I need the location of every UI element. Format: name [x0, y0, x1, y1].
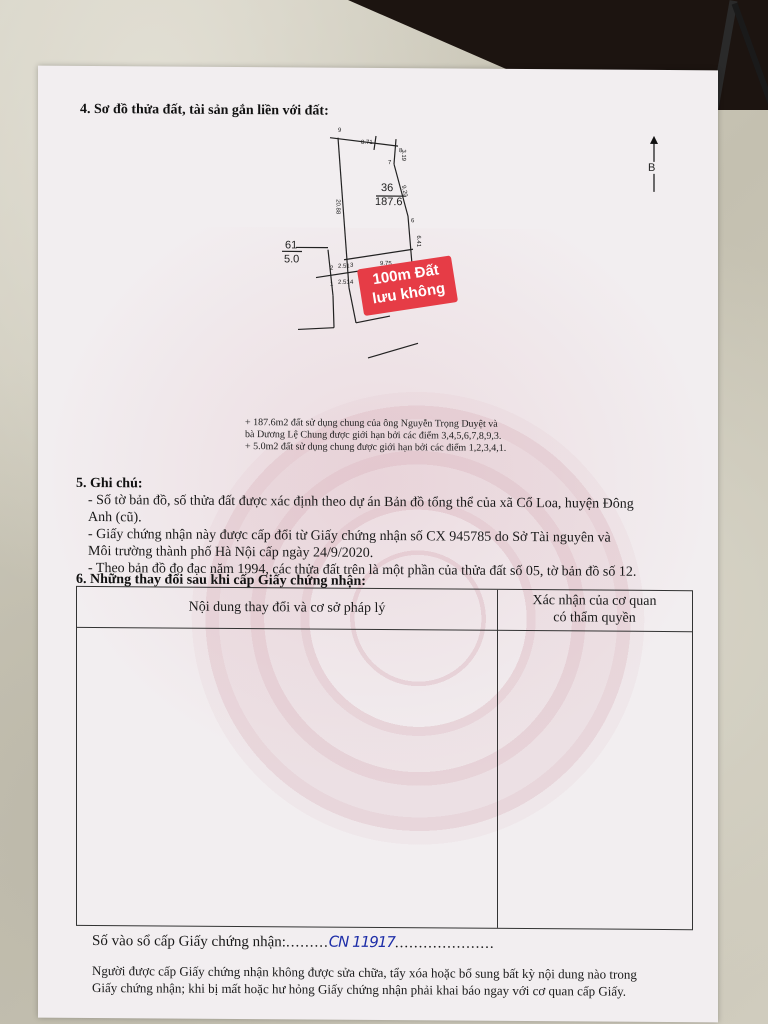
- registry-value: CN 11917: [329, 933, 395, 951]
- changes-table: Nội dung thay đổi và cơ sở pháp lý Xác n…: [76, 586, 693, 930]
- point-6: 6: [411, 218, 414, 224]
- dim-8-7: 3.19: [400, 149, 406, 161]
- north-arrow: B: [650, 136, 670, 201]
- point-9: 9: [338, 128, 341, 134]
- header-divider: [77, 627, 692, 632]
- dim-2-3: 2.51: [338, 264, 350, 270]
- point-2: 2: [330, 266, 333, 272]
- note5-line-4: Môi trường thành phố Hà Nội cấp ngày 24/…: [88, 543, 373, 562]
- dim-1-4: 2.51: [338, 280, 350, 286]
- column-header-content: Nội dung thay đổi và cơ sở pháp lý: [77, 599, 497, 618]
- dots: .........: [286, 934, 329, 950]
- parcel-number-61: 61: [285, 239, 297, 251]
- point-7: 7: [388, 160, 391, 166]
- section5-heading: 5. Ghi chú:: [76, 476, 143, 492]
- north-label: B: [648, 162, 655, 174]
- parcel-area-36: 187.6: [375, 196, 403, 208]
- column-divider: [497, 590, 498, 928]
- registry-label-row: Số vào sổ cấp Giấy chứng nhận:.........C…: [92, 932, 495, 953]
- point-4: 4: [350, 280, 353, 286]
- column-header-confirmation: Xác nhận của cơ quan có thẩm quyền: [497, 592, 692, 627]
- land-plot-diagram: [38, 66, 718, 411]
- point-1: 1: [330, 282, 333, 288]
- dim-6-5: 6.41: [415, 235, 421, 247]
- land-certificate-page: 4. Sơ đồ thửa đất, tài sản gắn liền với …: [38, 66, 718, 1023]
- dim-9-8: 8.71: [361, 140, 373, 146]
- note5-line-2: Anh (cũ).: [88, 509, 142, 526]
- header-line: có thẩm quyền: [497, 609, 692, 627]
- parcel-area-61: 5.0: [284, 253, 299, 265]
- warning-line-2: Giấy chứng nhận; khi bị mất hoặc hư hỏng…: [92, 979, 626, 1000]
- registry-label: Số vào sổ cấp Giấy chứng nhận:: [92, 933, 286, 950]
- note-line-3: + 5.0m2 đất sử dụng chung được giới hạn …: [245, 441, 506, 455]
- dots: .....................: [395, 935, 495, 952]
- header-line: Xác nhận của cơ quan: [497, 592, 692, 610]
- dim-left: 20.88: [335, 199, 341, 214]
- parcel-number-36: 36: [381, 182, 393, 194]
- point-3: 3: [350, 263, 353, 269]
